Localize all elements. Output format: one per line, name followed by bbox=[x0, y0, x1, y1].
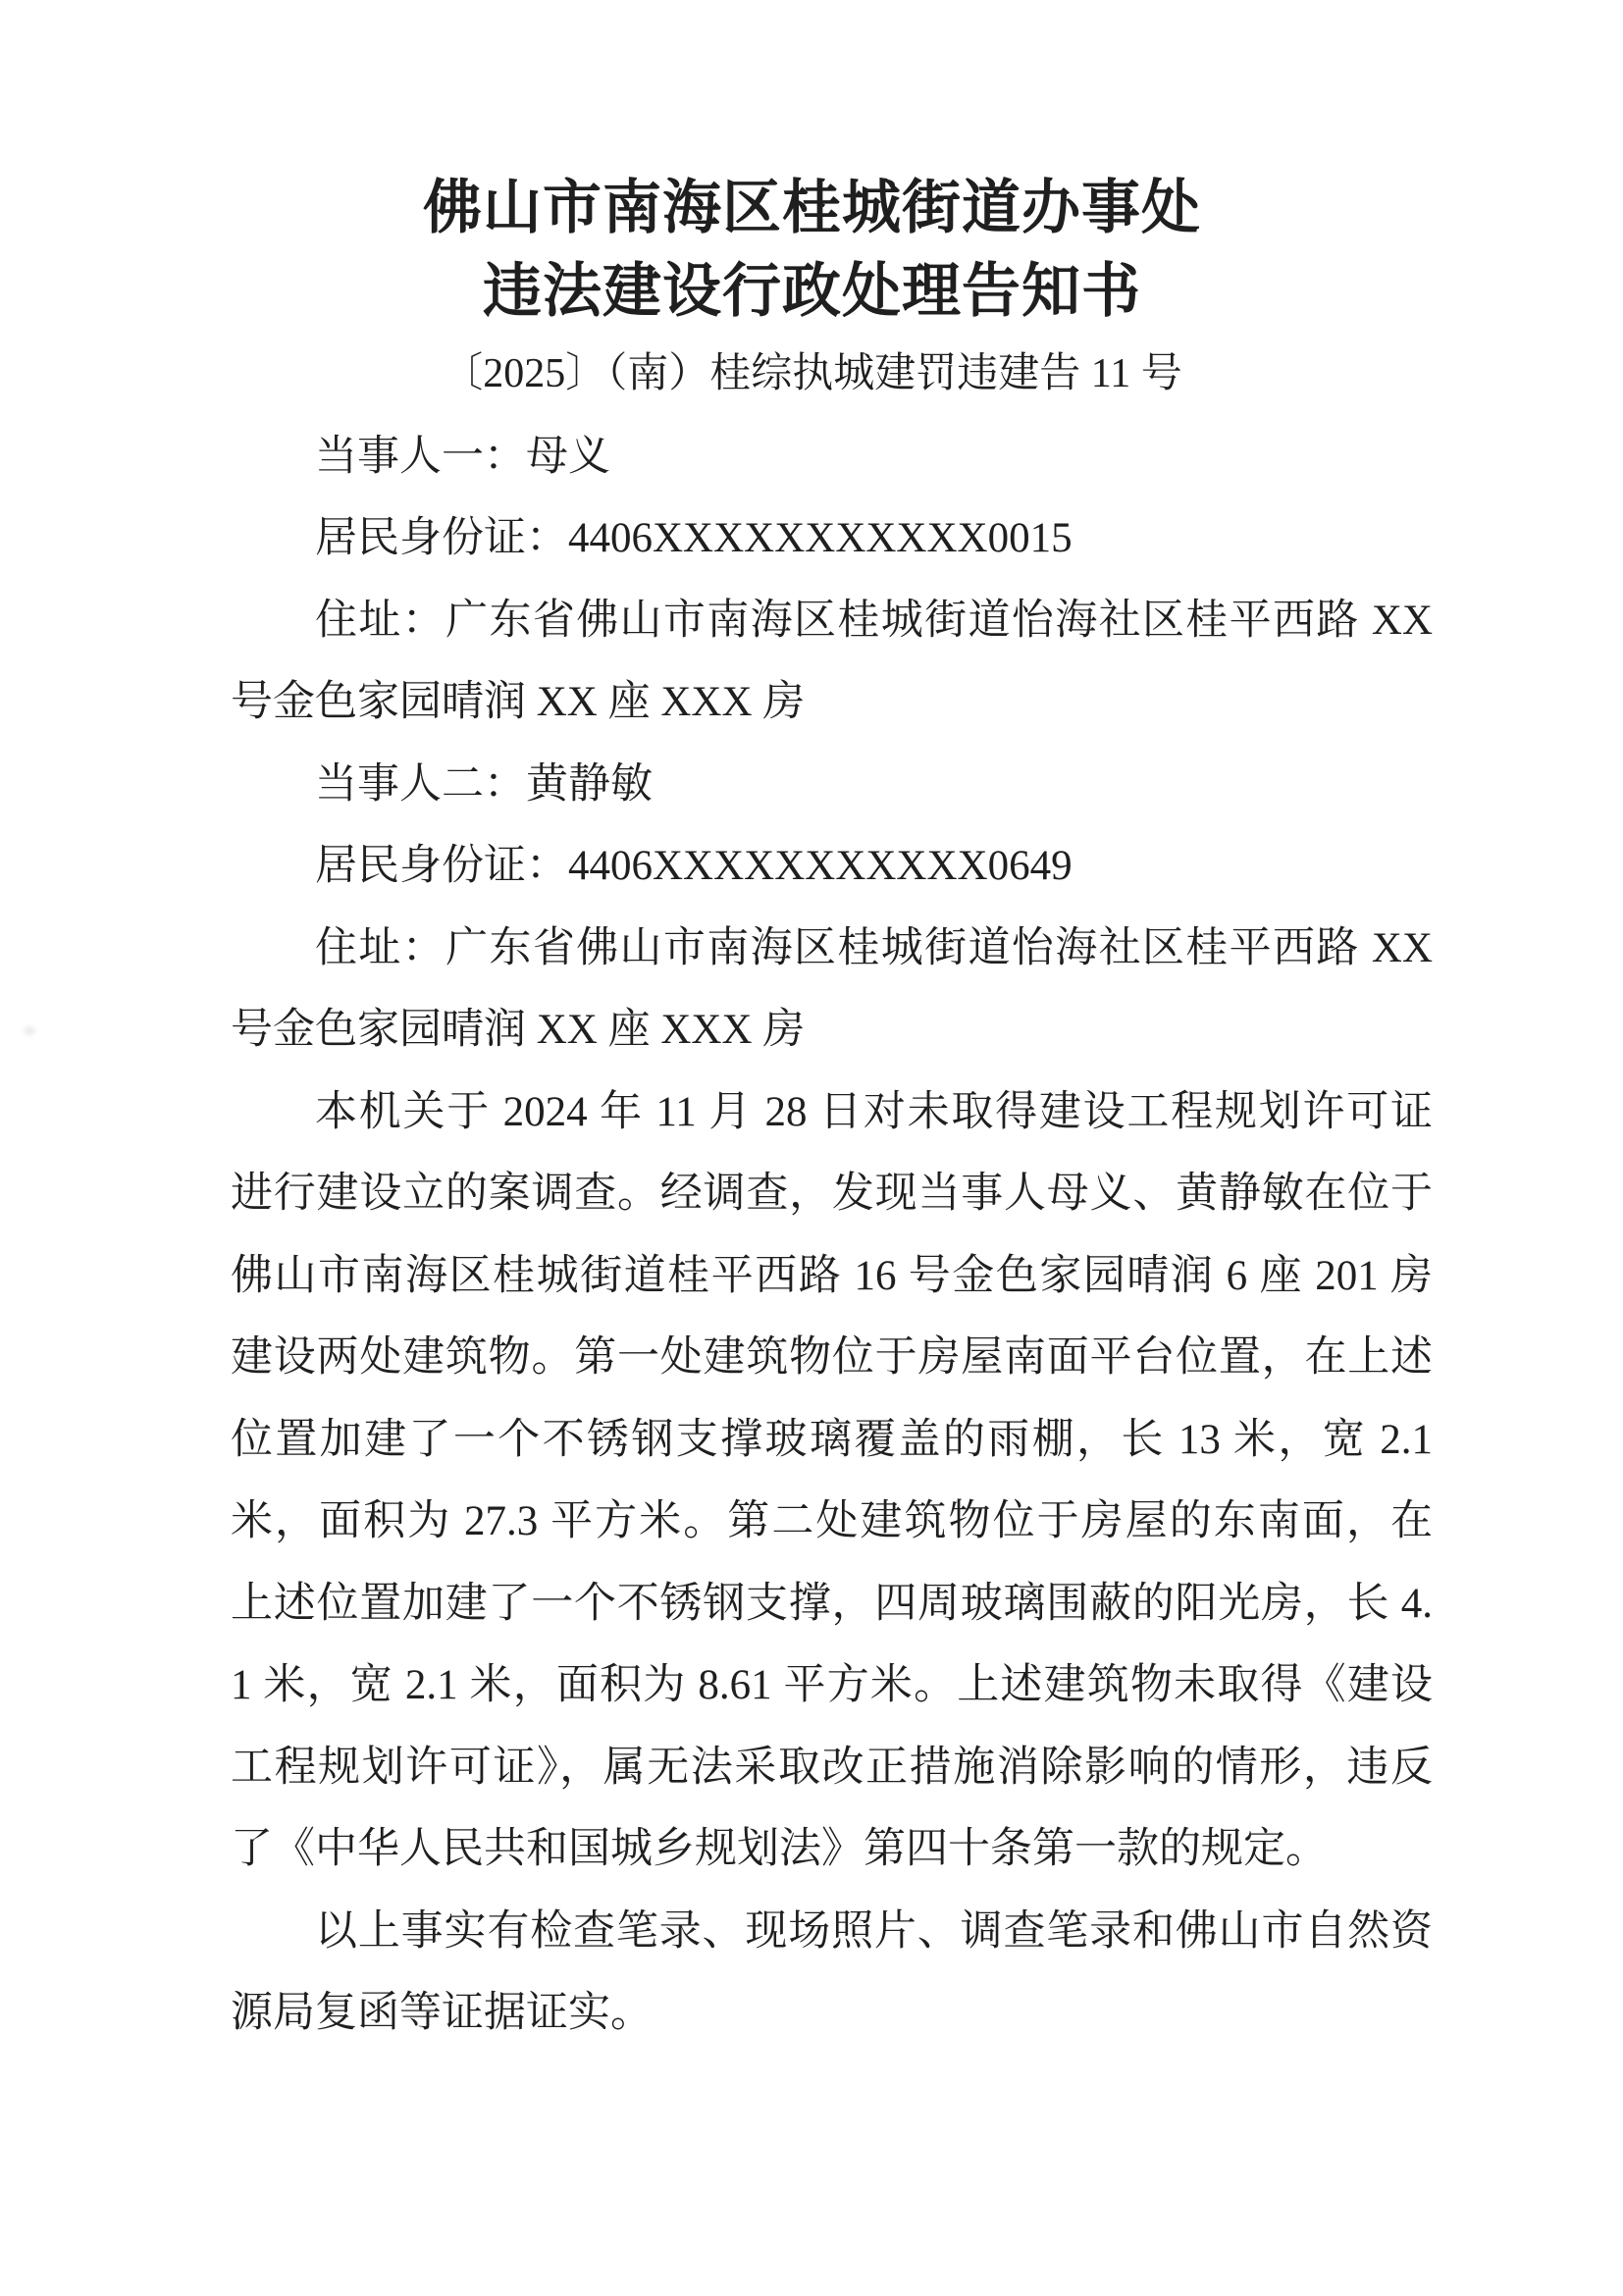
document-text-line: 号金色家园晴润 XX 座 XXX 房 bbox=[231, 661, 1433, 744]
document-content: 佛山市南海区桂城街道办事处 违法建设行政处理告知书 〔2025〕（南）桂综执城建… bbox=[231, 167, 1433, 2055]
document-body: 当事人一：母义居民身份证：4406XXXXXXXXXXX0015住址：广东省佛山… bbox=[231, 416, 1433, 2055]
document-title-line1: 佛山市南海区桂城街道办事处 bbox=[211, 167, 1413, 250]
document-text-line: 以上事实有检查笔录、现场照片、调查笔录和佛山市自然资 bbox=[231, 1891, 1433, 1973]
document-text-line: 当事人一：母义 bbox=[231, 416, 1433, 498]
document-text-line: 1 米，宽 2.1 米，面积为 8.61 平方米。上述建筑物未取得《建设 bbox=[231, 1644, 1433, 1727]
document-text-line: 工程规划许可证》，属无法采取改正措施消除影响的情形，违反 bbox=[231, 1727, 1433, 1809]
document-text-line: 住址：广东省佛山市南海区桂城街道怡海社区桂平西路 XX bbox=[231, 908, 1433, 990]
document-text-line: 佛山市南海区桂城街道桂平西路 16 号金色家园晴润 6 座 201 房 bbox=[231, 1235, 1433, 1318]
document-text-line: 进行建设立的案调查。经调查，发现当事人母义、黄静敏在位于 bbox=[231, 1153, 1433, 1235]
document-text-line: 源局复函等证据证实。 bbox=[231, 1972, 1433, 2055]
document-text-line: 号金色家园晴润 XX 座 XXX 房 bbox=[231, 989, 1433, 1071]
document-text-line: 了《中华人民共和国城乡规划法》第四十条第一款的规定。 bbox=[231, 1808, 1433, 1891]
document-text-line: 当事人二：黄静敏 bbox=[231, 744, 1433, 826]
document-text-line: 居民身份证：4406XXXXXXXXXXX0649 bbox=[231, 825, 1433, 908]
document-page: 佛山市南海区桂城街道办事处 违法建设行政处理告知书 〔2025〕（南）桂综执城建… bbox=[0, 0, 1623, 2296]
document-number: 〔2025〕（南）桂综执城建罚违建告 11 号 bbox=[211, 334, 1413, 416]
document-text-line: 米，面积为 27.3 平方米。第二处建筑物位于房屋的东南面，在 bbox=[231, 1481, 1433, 1563]
document-text-line: 住址：广东省佛山市南海区桂城街道怡海社区桂平西路 XX bbox=[231, 580, 1433, 662]
document-text-line: 位置加建了一个不锈钢支撑玻璃覆盖的雨棚，长 13 米，宽 2.1 bbox=[231, 1399, 1433, 1482]
document-text-line: 本机关于 2024 年 11 月 28 日对未取得建设工程规划许可证 bbox=[231, 1071, 1433, 1154]
scan-smudge-artifact bbox=[24, 1026, 35, 1035]
document-text-line: 建设两处建筑物。第一处建筑物位于房屋南面平台位置，在上述 bbox=[231, 1317, 1433, 1399]
document-title-line2: 违法建设行政处理告知书 bbox=[211, 250, 1413, 334]
document-text-line: 居民身份证：4406XXXXXXXXXXX0015 bbox=[231, 497, 1433, 580]
document-text-line: 上述位置加建了一个不锈钢支撑，四周玻璃围蔽的阳光房，长 4. bbox=[231, 1563, 1433, 1645]
